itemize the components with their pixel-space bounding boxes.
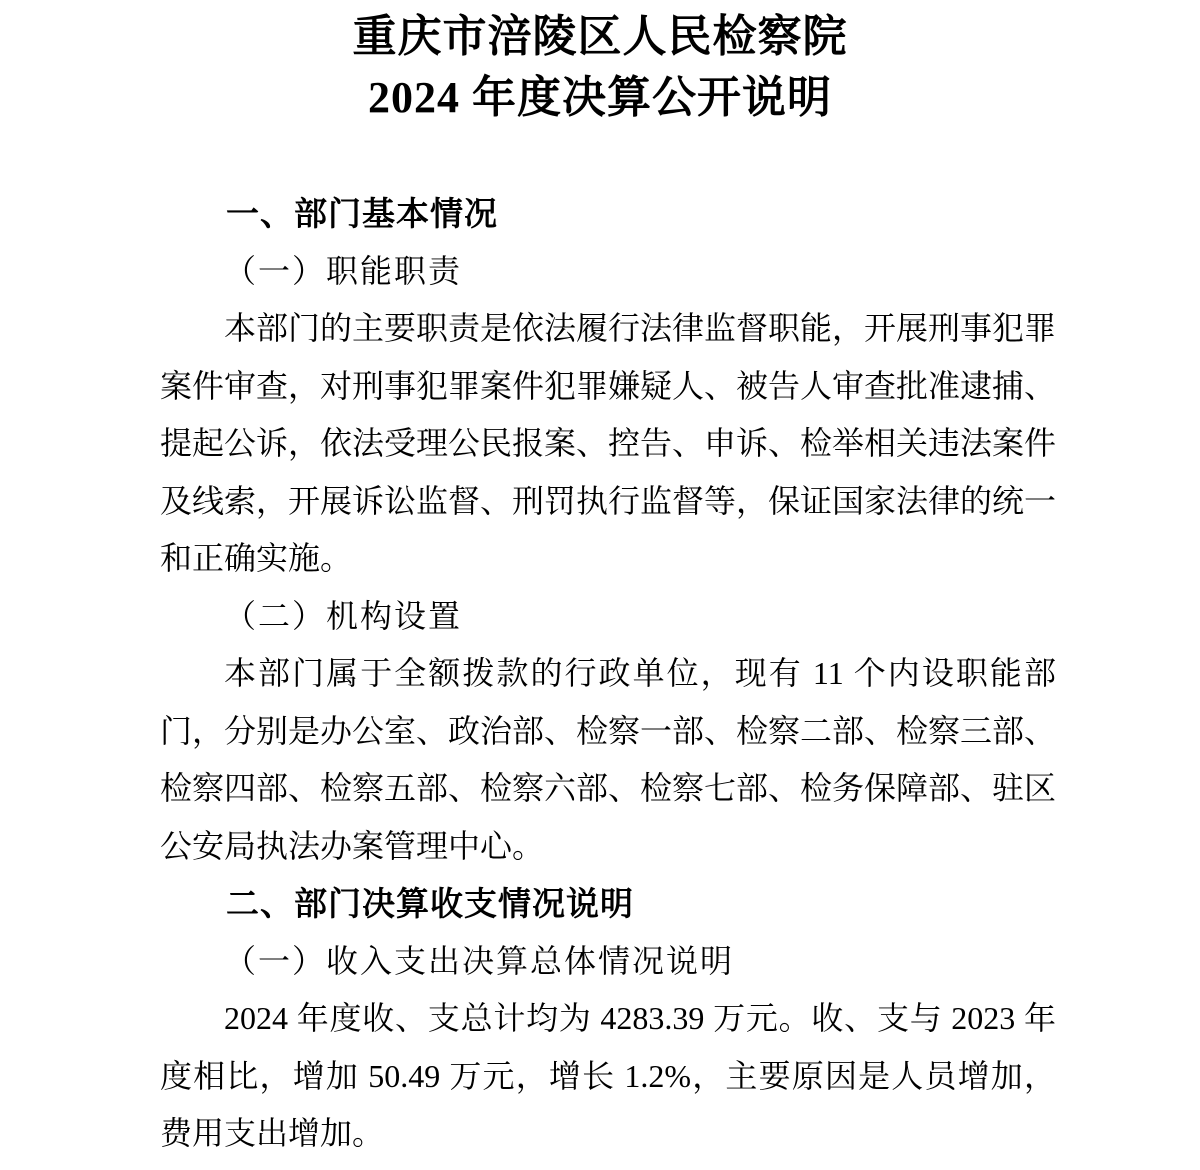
document-title-line2: 2024 年度决算公开说明 — [0, 67, 1200, 128]
paragraph-organization-setup: 本部门属于全额拨款的行政单位，现有 11 个内设职能部门，分别是办公室、政治部、… — [160, 645, 1056, 875]
section-heading-basic-info: 一、部门基本情况 — [160, 185, 1056, 243]
document-body: 一、部门基本情况 （一）职能职责 本部门的主要职责是依法履行法律监督职能，开展刑… — [160, 185, 1056, 1163]
paragraph-revenue-expenditure-overview: 2024 年度收、支总计均为 4283.39 万元。收、支与 2023 年度相比… — [160, 990, 1056, 1163]
document-title: 重庆市涪陵区人民检察院 2024 年度决算公开说明 — [0, 6, 1200, 128]
subheading-revenue-expenditure-overview: （一）收入支出决算总体情况说明 — [160, 933, 1056, 991]
subheading-functions-duties: （一）职能职责 — [160, 243, 1056, 301]
paragraph-functions-duties: 本部门的主要职责是依法履行法律监督职能，开展刑事犯罪案件审查，对刑事犯罪案件犯罪… — [160, 300, 1056, 588]
section-heading-budget-final-accounts: 二、部门决算收支情况说明 — [160, 875, 1056, 933]
subheading-organization-setup: （二）机构设置 — [160, 588, 1056, 646]
document-title-line1: 重庆市涪陵区人民检察院 — [0, 6, 1200, 67]
document-page: 重庆市涪陵区人民检察院 2024 年度决算公开说明 一、部门基本情况 （一）职能… — [0, 0, 1200, 1170]
